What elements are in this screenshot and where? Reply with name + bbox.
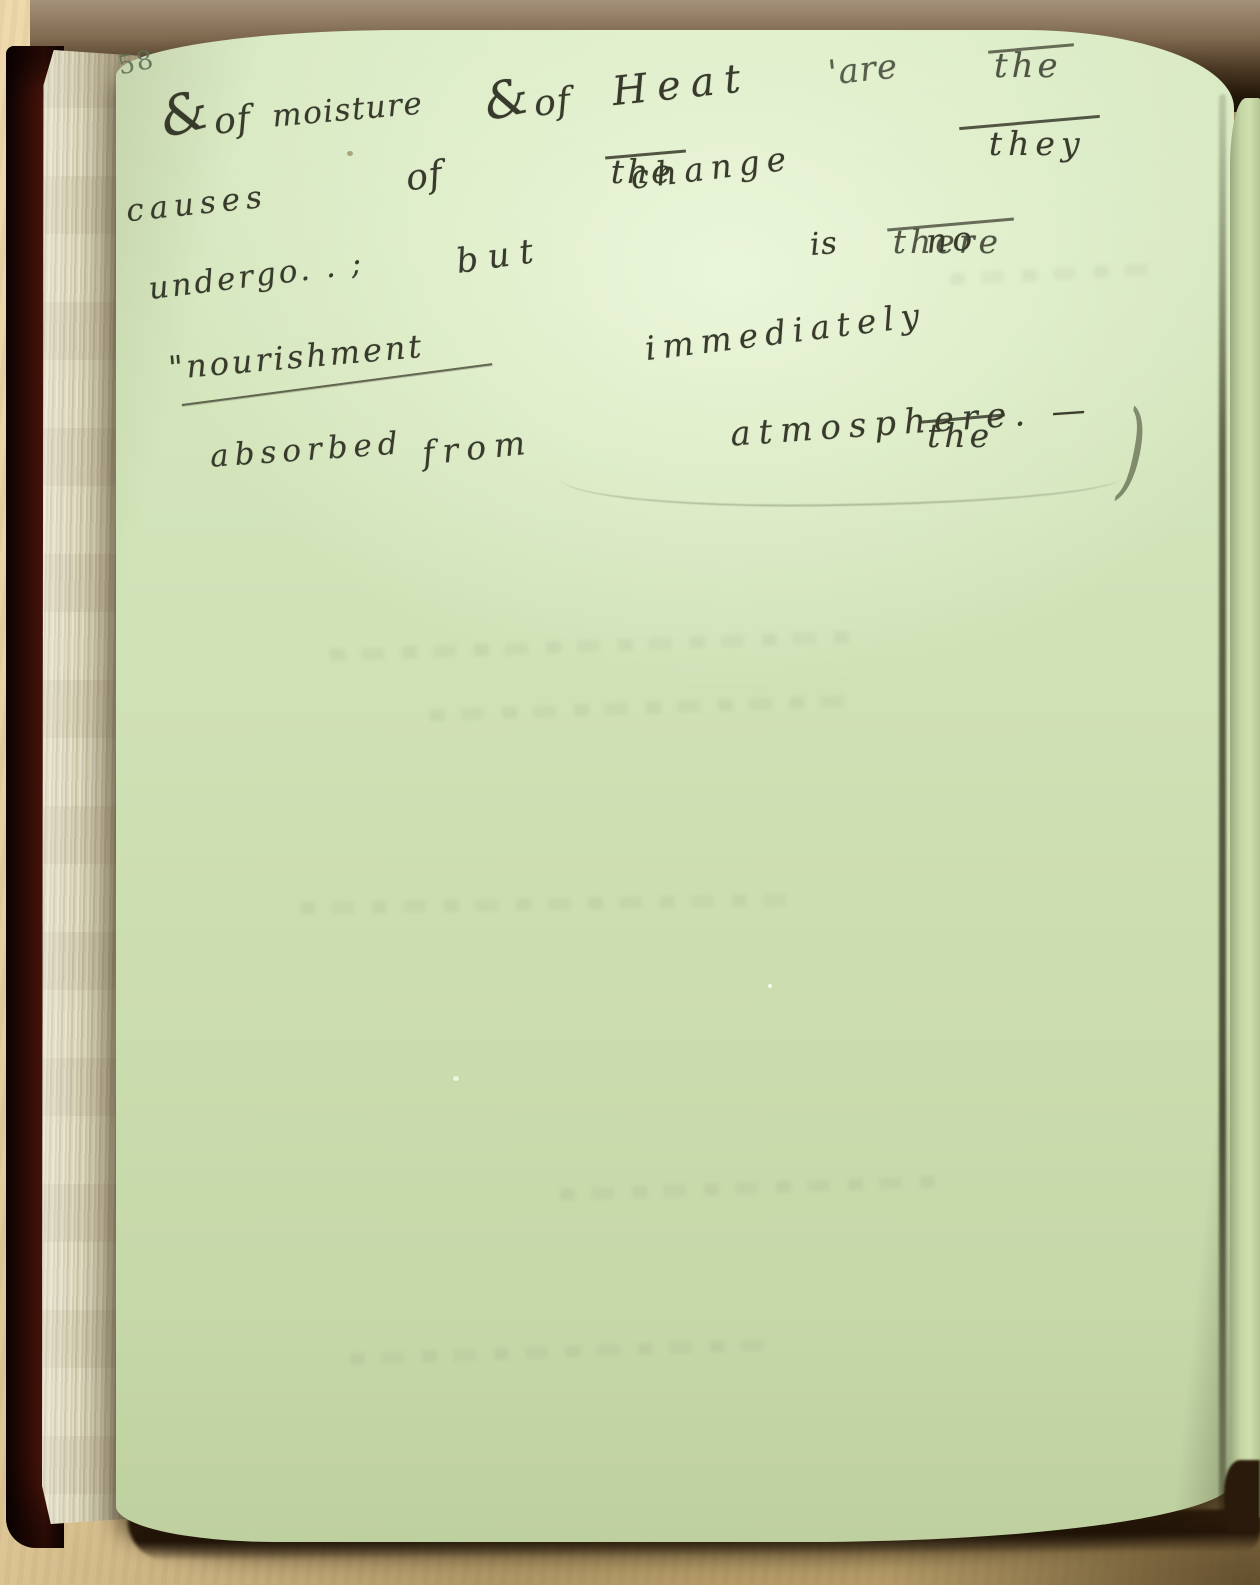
- handwritten-word: the: [994, 46, 1062, 86]
- handwritten-word: is: [808, 225, 839, 263]
- handwritten-word: of: [403, 154, 445, 200]
- paper-speck: [347, 151, 353, 156]
- gutter-crease: [1219, 94, 1226, 1514]
- handwritten-word: of: [212, 98, 253, 143]
- handwritten-word: of: [532, 80, 573, 125]
- facing-page-edge: [1230, 98, 1260, 1518]
- paper-speck: [768, 984, 772, 988]
- handwritten-word: they: [989, 124, 1086, 163]
- handwritten-word: no: [925, 218, 979, 260]
- gutter-shadow: [1224, 1460, 1260, 1532]
- handwritten-word: 'are: [826, 46, 900, 93]
- notebook-photo: 58 & of moisture & of Heat 'are the caus…: [0, 0, 1260, 1585]
- paper-speck: [453, 1076, 459, 1081]
